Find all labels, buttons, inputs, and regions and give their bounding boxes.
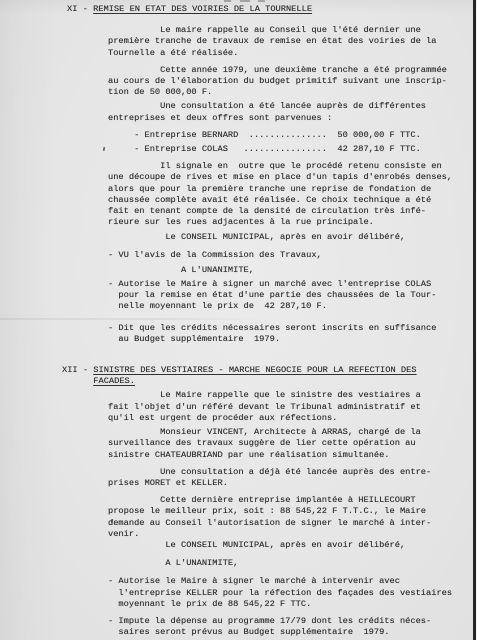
section-xi-heading: XI - REMISE EN ETAT DES VOIRIES DE LA TO… [67, 4, 468, 15]
item-autorise-keller: - Autorise le Maire à signer le marché à… [108, 576, 468, 610]
paragraph-consultation-xi: Une consultation a été lancée auprès de … [108, 101, 468, 123]
section-xii-title: SINISTRE DES VESTIAIRES - MARCHE NEGOCIE… [93, 365, 416, 387]
paragraph-procede: Il signale en outre que le procédé reten… [108, 161, 468, 228]
cutoff-page-number-mark [240, 0, 250, 2]
offer-bernard: - Entreprise BERNARD ............... 50 … [108, 130, 468, 141]
unanimite-xi: A L'UNANIMITE, [108, 265, 468, 276]
cutoff-page-number-mark [224, 0, 231, 2]
section-xi-title: REMISE EN ETAT DES VOIRIES DE LA TOURNEL… [93, 4, 312, 15]
section-xi-number: XI - [67, 4, 93, 14]
item-impute-depense: - Impute la dépense au programme 17/79 d… [108, 616, 468, 638]
cutoff-page-number-mark [258, 0, 265, 2]
item-autorise-colas: - Autorise le Maire à signer un marché a… [108, 279, 468, 313]
paragraph-consultation-xii: Une consultation a déjà été lancée auprè… [108, 467, 468, 489]
paragraph-intro-xii: Le Maire rappelle que le sinistre des ve… [108, 390, 468, 424]
item-dit-credits: - Dit que les crédits nécessaires seront… [108, 323, 468, 345]
paragraph-vincent: Monsieur VINCENT, Architecte à ARRAS, ch… [108, 427, 468, 461]
conseil-municipal-xi: Le CONSEIL MUNICIPAL, après en avoir dél… [108, 232, 468, 243]
paragraph-intro-xi: Le maire rappelle au Conseil que l'été d… [108, 25, 468, 59]
paragraph-budget-1979: Cette année 1979, une deuxième tranche a… [108, 65, 468, 99]
section-xii-heading: XII - SINISTRE DES VESTIAIRES - MARCHE N… [62, 365, 468, 387]
item-vu-avis: - VU l'avis de la Commission des Travaux… [108, 250, 468, 261]
paragraph-keller-prix: Cette dernière entreprise implantée à HE… [108, 495, 468, 540]
scanned-document-page: XI - REMISE EN ETAT DES VOIRIES DE LA TO… [0, 0, 477, 640]
offer-colas: - Entreprise COLAS ................ 42 2… [108, 144, 468, 155]
conseil-municipal-xii: Le CONSEIL MUNICIPAL, après en avoir dél… [108, 540, 468, 551]
section-xii-number: XII - [62, 365, 93, 375]
scan-edge-shadow [473, 0, 476, 640]
unanimite-xii: A L'UNANIMITE, [108, 558, 468, 569]
ink-speck [103, 147, 106, 151]
scan-artifact-line [0, 318, 270, 320]
